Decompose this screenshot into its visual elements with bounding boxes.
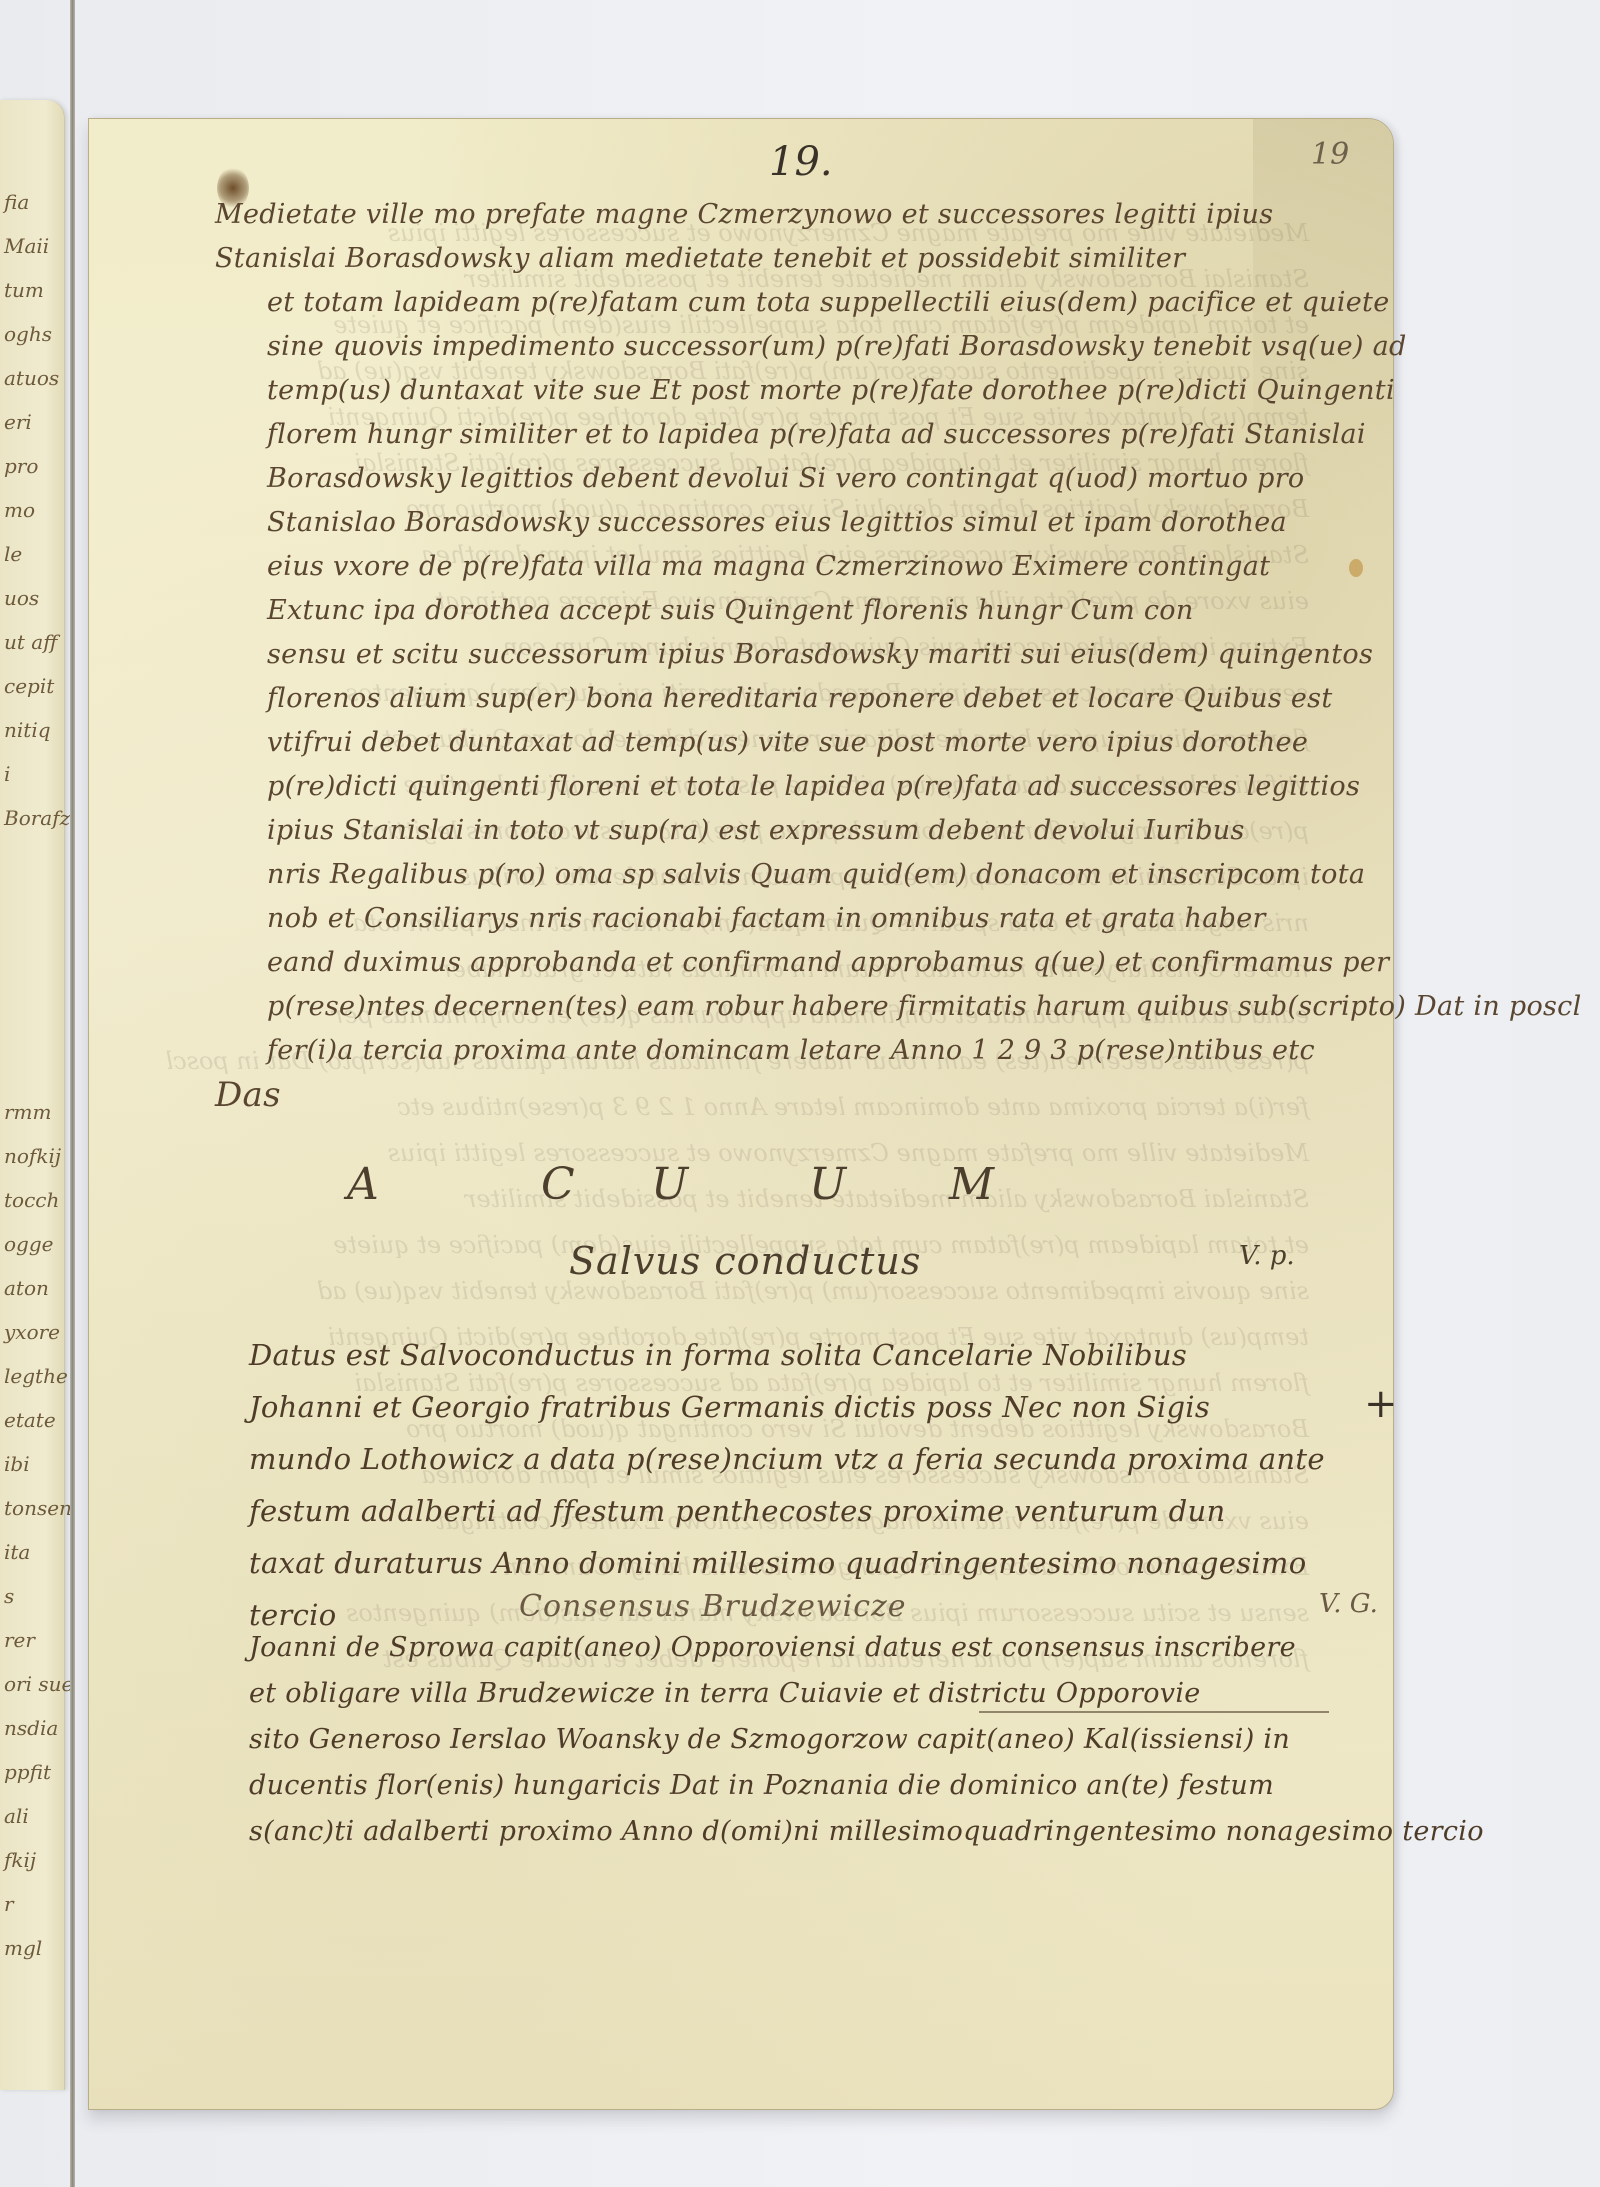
left-page-fragment: ogge — [4, 1232, 53, 1256]
text-line: mundo Lothowicz a data p(rese)ncium vtz … — [249, 1433, 1325, 1485]
main-entry-text: Medietate ville mo prefate magne Czmerzy… — [215, 193, 1582, 1117]
left-page-fragment: fkij — [4, 1848, 36, 1872]
text-line: Stanislao Borasdowsky successores eius l… — [215, 501, 1582, 545]
text-line: Stanislai Borasdowsky aliam medietate te… — [215, 237, 1582, 281]
left-page-fragment: i — [4, 762, 10, 786]
text-line: s(anc)ti adalberti proximo Anno d(omi)ni… — [249, 1809, 1484, 1855]
rubric-heading: Salvus conductus — [569, 1239, 921, 1283]
text-line: nris Regalibus p(ro) oma sp salvis Quam … — [215, 853, 1582, 897]
text-line: et totam lapideam p(re)fatam cum tota su… — [215, 281, 1582, 325]
text-line: sensu et scitu successorum ipius Borasdo… — [215, 633, 1582, 677]
text-line: nob et Consiliarys nris racionabi factam… — [215, 897, 1582, 941]
text-line: eius vxore de p(re)fata villa ma magna C… — [215, 545, 1582, 589]
left-page-fragment: nsdia — [4, 1716, 58, 1740]
text-line: sito Generoso Ierslao Woansky de Szmogor… — [249, 1717, 1484, 1763]
folio-number: 19. — [769, 139, 833, 185]
text-line: taxat duraturus Anno domini millesimo qu… — [249, 1537, 1325, 1589]
left-page-fragment: yxore — [4, 1320, 60, 1344]
left-page-fragment: fia — [4, 190, 29, 214]
left-page-fragment: mgl — [4, 1936, 42, 1960]
text-line: festum adalberti ad ffestum penthecostes… — [249, 1485, 1325, 1537]
letter: M — [949, 1159, 994, 1210]
text-line: p(rese)ntes decernen(tes) eam robur habe… — [215, 985, 1582, 1029]
text-line: vtifrui debet duntaxat ad temp(us) vite … — [215, 721, 1582, 765]
underline-stroke — [979, 1711, 1329, 1713]
folio-number-corner: 19 — [1311, 137, 1349, 172]
cross-mark: + — [1364, 1381, 1398, 1427]
text-line: Datus est Salvoconductus in forma solita… — [249, 1329, 1325, 1381]
rubric-heading: Consensus Brudzewicze — [519, 1589, 907, 1624]
letter: A — [347, 1159, 379, 1210]
left-page-fragment: tum — [4, 278, 44, 302]
left-page-fragment: uos — [4, 586, 39, 610]
previous-page-edge: fiaMaiitumoghsatuoseripromoleuosut affce… — [0, 100, 65, 2090]
manuscript-page: Medietate ville mo prefate magne Czmerzy… — [88, 118, 1394, 2110]
left-page-fragment: nitiq — [4, 718, 51, 742]
left-page-fragment: cepit — [4, 674, 54, 698]
left-page-fragment: rer — [4, 1628, 35, 1652]
book-gutter — [70, 0, 75, 2187]
left-page-fragment: Borafz — [4, 806, 70, 830]
text-line: Borasdowsky legittios debent devolui Si … — [215, 457, 1582, 501]
text-line: Johanni et Georgio fratribus Germanis di… — [249, 1381, 1325, 1433]
left-page-fragment: atuos — [4, 366, 59, 390]
left-page-fragment: mo — [4, 498, 35, 522]
left-page-fragment: ita — [4, 1540, 30, 1564]
text-line: eand duximus approbanda et confirmand ap… — [215, 941, 1582, 985]
text-line: Joanni de Sprowa capit(aneo) Opporoviens… — [249, 1625, 1484, 1671]
left-page-fragment: etate — [4, 1408, 56, 1432]
left-page-fragment: Maii — [4, 234, 49, 258]
left-page-fragment: tonsen — [4, 1496, 72, 1520]
left-page-fragment: tocch — [4, 1188, 59, 1212]
left-page-fragment: ppfit — [4, 1760, 51, 1784]
left-page-fragment: s — [4, 1584, 14, 1608]
left-page-fragment: ali — [4, 1804, 29, 1828]
text-line: ducentis flor(enis) hungaricis Dat in Po… — [249, 1763, 1484, 1809]
marginal-letters: A C U U M — [89, 1159, 1393, 1229]
text-line: Extunc ipa dorothea accept suis Quingent… — [215, 589, 1582, 633]
left-page-fragment: nofkij — [4, 1144, 61, 1168]
letter: U — [809, 1159, 846, 1210]
text-line: temp(us) duntaxat vite sue Et post morte… — [215, 369, 1582, 413]
closing-word: Das — [215, 1073, 1582, 1117]
text-line: ipius Stanislai in toto vt sup(ra) est e… — [215, 809, 1582, 853]
left-page-fragment: le — [4, 542, 22, 566]
rubric-note: V. p. — [1239, 1241, 1295, 1271]
left-page-fragment: aton — [4, 1276, 49, 1300]
left-page-fragment: pro — [4, 454, 38, 478]
text-line: Medietate ville mo prefate magne Czmerzy… — [215, 193, 1582, 237]
left-page-fragment: legthe — [4, 1364, 68, 1388]
left-page-fragment: ibi — [4, 1452, 30, 1476]
text-line: p(re)dicti quingenti floreni et tota le … — [215, 765, 1582, 809]
text-line: sine quovis impedimento successor(um) p(… — [215, 325, 1582, 369]
letter: C — [541, 1159, 575, 1210]
text-line: fer(i)a tercia proxima ante domincam let… — [215, 1029, 1582, 1073]
left-page-fragment: eri — [4, 410, 32, 434]
left-page-fragment: ori sue — [4, 1672, 73, 1696]
text-line: florem hungr similiter et to lapidea p(r… — [215, 413, 1582, 457]
left-page-fragment: rmm — [4, 1100, 52, 1124]
letter: U — [651, 1159, 688, 1210]
text-line: florenos alium sup(er) bona hereditaria … — [215, 677, 1582, 721]
rubric-note: V. G. — [1319, 1589, 1378, 1619]
consensus-entry: Joanni de Sprowa capit(aneo) Opporoviens… — [249, 1625, 1484, 1855]
left-page-fragment: r — [4, 1892, 14, 1916]
left-page-fragment: oghs — [4, 322, 52, 346]
left-page-fragment: ut aff — [4, 630, 57, 654]
